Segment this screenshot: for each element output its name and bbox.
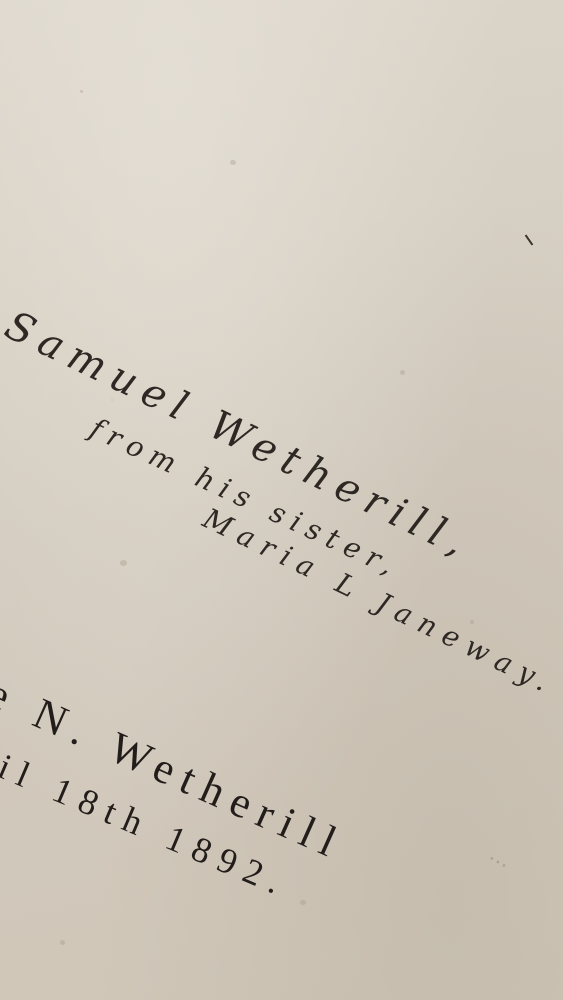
paper-speck [300, 900, 306, 905]
paper-speck [470, 620, 474, 624]
paper-speck [400, 370, 405, 375]
paper-speck [80, 90, 83, 93]
paper-speck [60, 940, 65, 945]
paper-speck [230, 160, 236, 165]
paper-speck [120, 560, 127, 566]
